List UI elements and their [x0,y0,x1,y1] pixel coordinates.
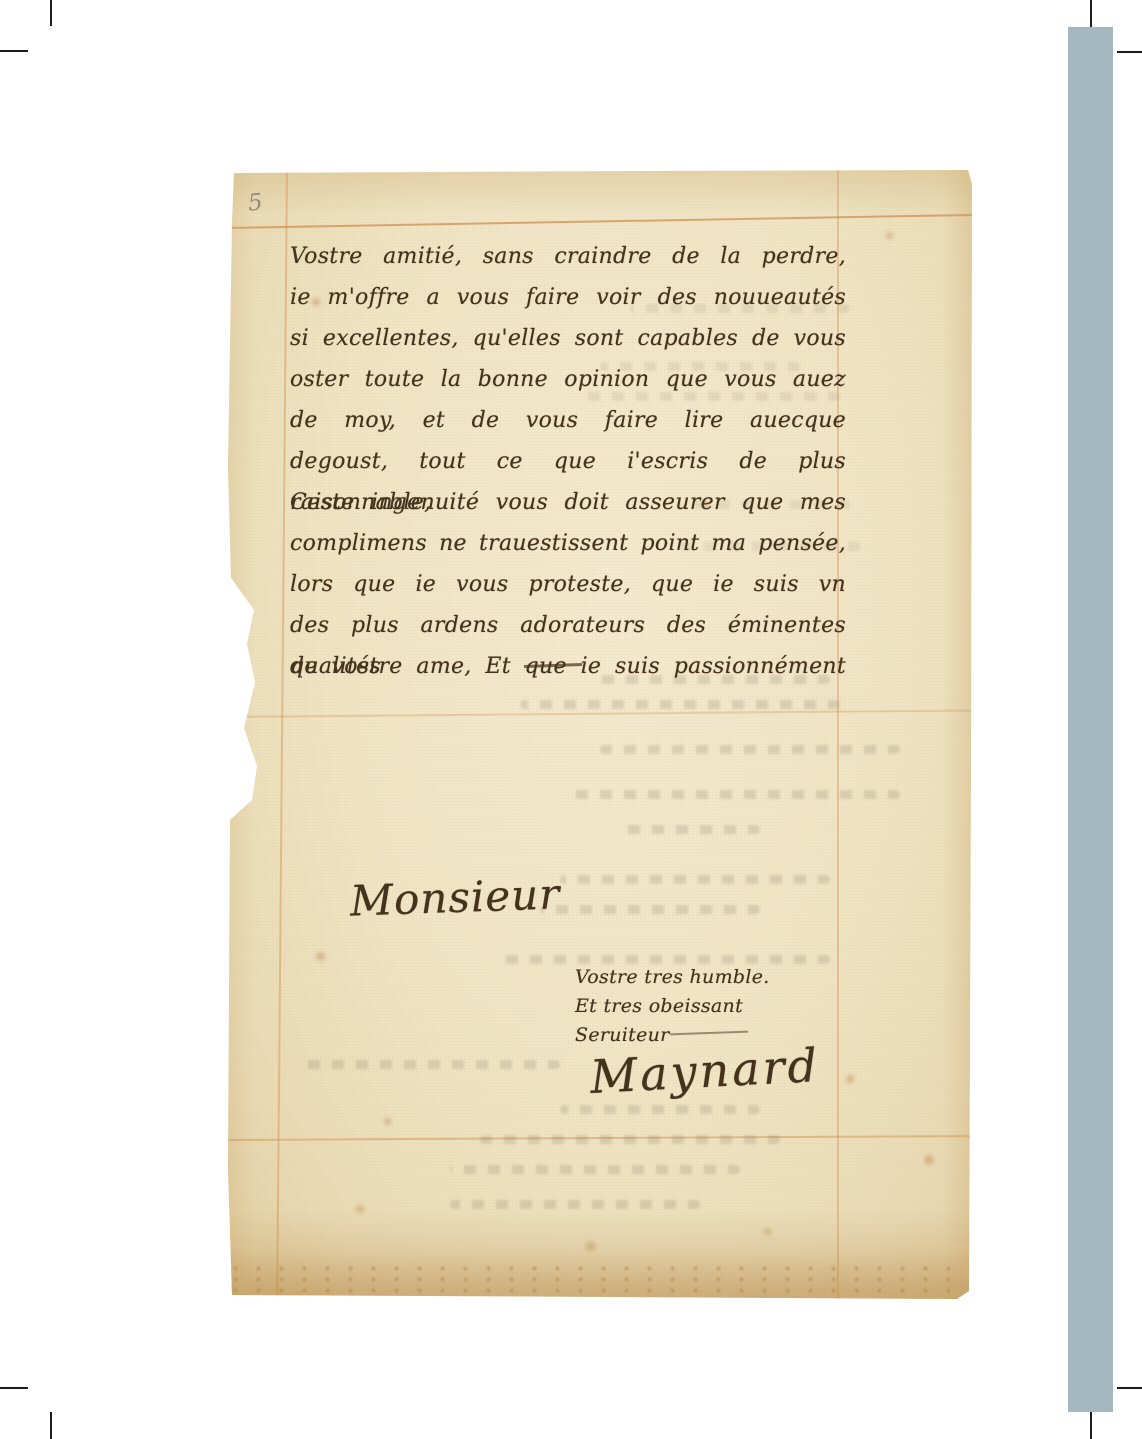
crop-mark-bottom-left-horizontal [0,1387,28,1389]
scanned-letter-page: { "scan": { "folio_number": "5", "letter… [0,0,1142,1439]
manuscript-page: 5 Vostre amitié, sans craindre de la per… [224,170,972,1300]
crop-mark-top-right-vertical [1090,0,1092,27]
page-edge-accent-bar [1068,27,1113,1412]
paper-edge-tint [224,170,972,1300]
crop-mark-top-left-horizontal [0,50,28,52]
crop-mark-top-left-vertical [50,0,52,26]
crop-mark-bottom-right-horizontal [1117,1387,1142,1389]
crop-mark-top-right-horizontal [1117,51,1142,53]
crop-mark-bottom-left-vertical [50,1412,52,1439]
crop-mark-bottom-right-vertical [1090,1412,1092,1439]
